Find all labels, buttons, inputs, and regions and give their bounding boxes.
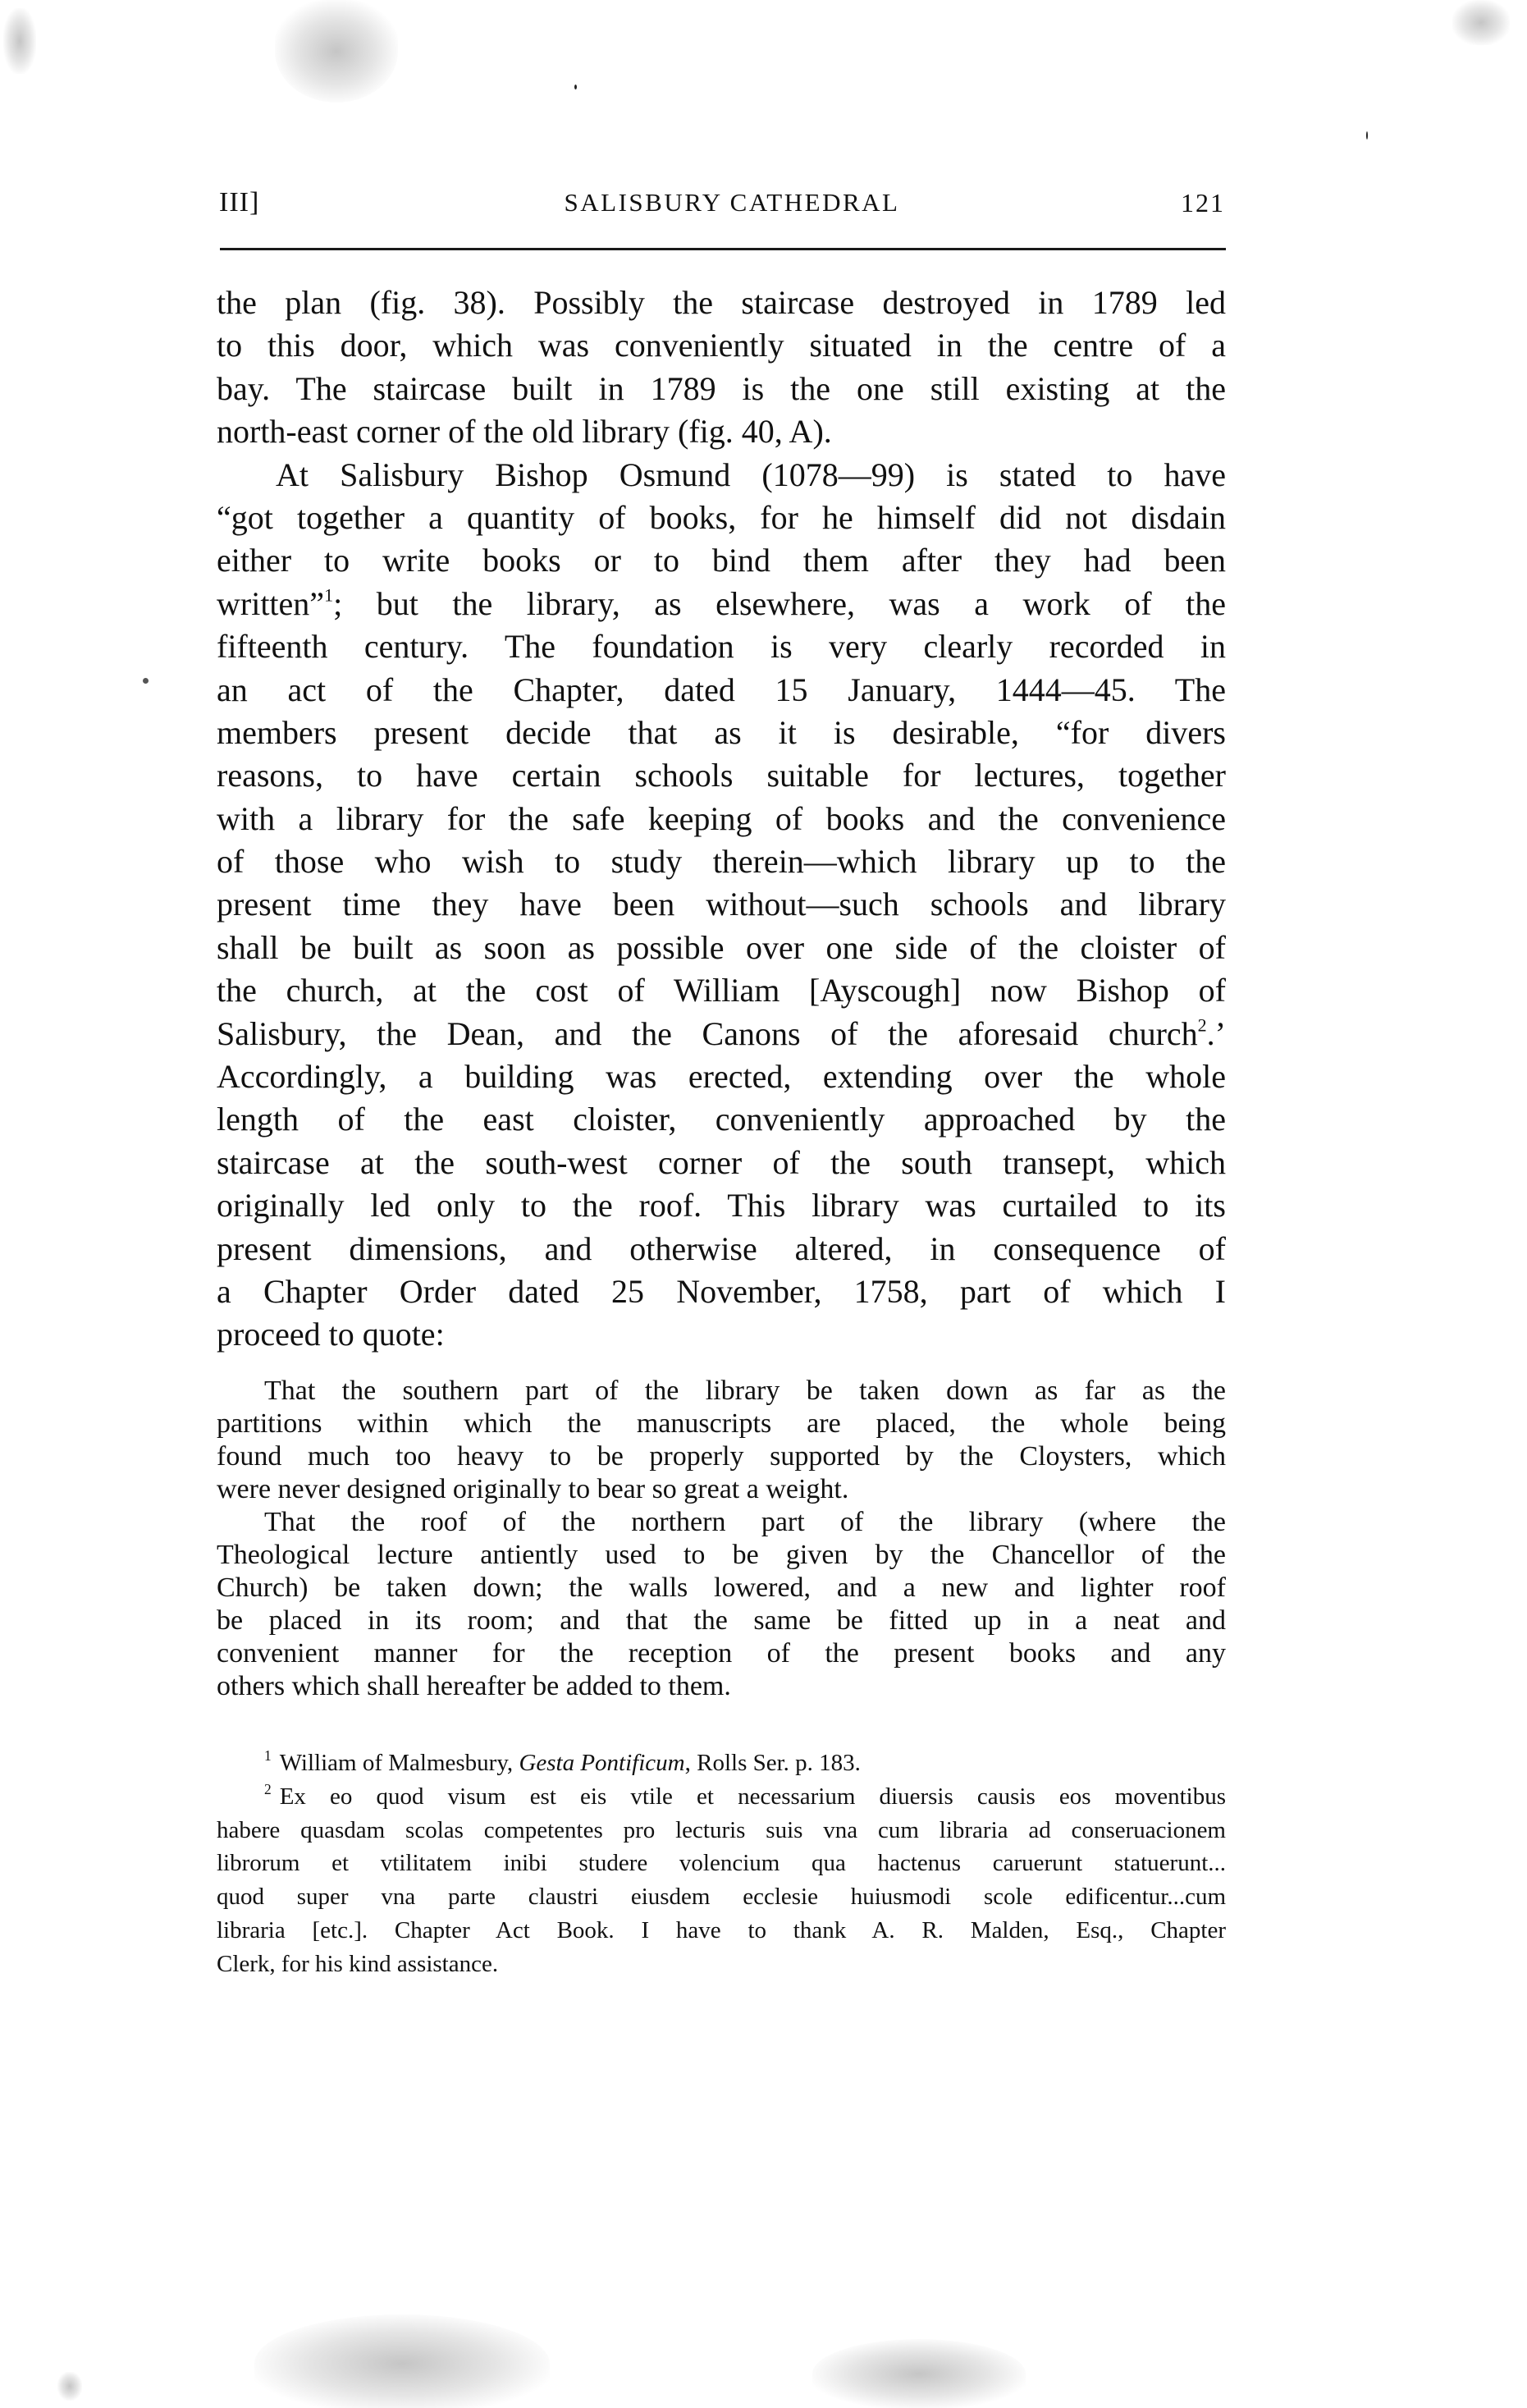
body-text: the plan (fig. 38). Possibly the stairca… <box>217 282 1226 1357</box>
footnote-ref-1[interactable]: 1 <box>324 584 333 605</box>
running-title: SALISBURY CATHEDRAL <box>217 182 1227 223</box>
scan-speck <box>1366 131 1368 140</box>
quote-line: were never designed originally to bear s… <box>217 1473 1226 1506</box>
footnote-text: William of Malmesbury, <box>280 1750 519 1776</box>
scan-smudge-top-right <box>1452 0 1510 45</box>
text-fragment: written” <box>217 585 324 622</box>
text-line: reasons, to have certain schools suitabl… <box>217 754 1226 797</box>
quote-line: be placed in its room; and that the same… <box>217 1605 1226 1637</box>
text-fragment: ; but the library, as elsewhere, was a w… <box>333 585 1226 622</box>
text-line: the church, at the cost of William [Aysc… <box>217 969 1226 1012</box>
block-quote: That the southern part of the library be… <box>217 1375 1226 1703</box>
footnote-ref-2[interactable]: 2 <box>1198 1014 1207 1035</box>
footnote-2: 2Ex eo quod visum est eis vtile et neces… <box>217 1780 1226 1814</box>
scan-speck <box>574 85 577 89</box>
footnote-italic-title: Gesta Pontificum <box>519 1750 684 1776</box>
text-line: present time they have been without—such… <box>217 883 1226 926</box>
scanned-book-page: III] SALISBURY CATHEDRAL 121 the plan (f… <box>0 0 1527 2408</box>
text-fragment: Salisbury, the Dean, and the Canons of t… <box>217 1015 1198 1052</box>
scan-speck <box>143 678 149 684</box>
footnote-line: libraria [etc.]. Chapter Act Book. I hav… <box>217 1914 1226 1948</box>
scan-smudge-bottom-corner <box>57 2372 82 2401</box>
text-line: “got together a quantity of books, for h… <box>217 497 1226 539</box>
text-line: length of the east cloister, convenientl… <box>217 1098 1226 1141</box>
text-line: Salisbury, the Dean, and the Canons of t… <box>217 1013 1226 1055</box>
text-line: north-east corner of the old library (fi… <box>217 410 1226 453</box>
footnote-line: librorum et vtilitatem inibi studere vol… <box>217 1847 1226 1880</box>
scan-smudge-top <box>275 0 398 103</box>
footnote-line: habere quasdam scolas competentes pro le… <box>217 1814 1226 1847</box>
text-line: either to write books or to bind them af… <box>217 539 1226 582</box>
footnote-line: Clerk, for his kind assistance. <box>217 1948 1226 1981</box>
text-line: bay. The staircase built in 1789 is the … <box>217 368 1226 410</box>
text-line: with a library for the safe keeping of b… <box>217 798 1226 840</box>
scan-smudge-top-left <box>3 8 36 74</box>
text-fragment: .’ <box>1207 1015 1226 1052</box>
footnote-1: 1William of Malmesbury, Gesta Pontificum… <box>217 1746 1226 1780</box>
text-line: originally led only to the roof. This li… <box>217 1184 1226 1227</box>
page-number: 121 <box>1181 182 1225 223</box>
text-line: At Salisbury Bishop Osmund (1078—99) is … <box>217 454 1226 497</box>
text-line: Accordingly, a building was erected, ext… <box>217 1055 1226 1098</box>
text-line: of those who wish to study therein—which… <box>217 840 1226 883</box>
text-line: shall be built as soon as possible over … <box>217 927 1226 969</box>
footnote-number: 2 <box>264 1781 272 1797</box>
text-line: members present decide that as it is des… <box>217 712 1226 754</box>
footnote-number: 1 <box>264 1747 272 1764</box>
text-line: fifteenth century. The foundation is ver… <box>217 625 1226 668</box>
text-line: to this door, which was conveniently sit… <box>217 324 1226 367</box>
text-line: a Chapter Order dated 25 November, 1758,… <box>217 1270 1226 1313</box>
text-line: staircase at the south-west corner of th… <box>217 1142 1226 1184</box>
quote-line: Theological lecture antiently used to be… <box>217 1539 1226 1572</box>
footnote-line: quod super vna parte claustri eiusdem ec… <box>217 1880 1226 1914</box>
quote-line: convenient manner for the reception of t… <box>217 1637 1226 1670</box>
header-rule <box>220 248 1226 250</box>
quote-line: Church) be taken down; the walls lowered… <box>217 1572 1226 1605</box>
quote-line: partitions within which the manuscripts … <box>217 1408 1226 1440</box>
text-line: present dimensions, and otherwise altere… <box>217 1228 1226 1270</box>
text-line: the plan (fig. 38). Possibly the stairca… <box>217 282 1226 324</box>
quote-line: found much too heavy to be properly supp… <box>217 1440 1226 1473</box>
quote-line: others which shall hereafter be added to… <box>217 1670 1226 1703</box>
footnote-text: , Rolls Ser. p. 183. <box>685 1750 861 1776</box>
footnotes: 1William of Malmesbury, Gesta Pontificum… <box>217 1746 1226 1981</box>
quote-line: That the southern part of the library be… <box>217 1375 1226 1408</box>
scan-smudge-bottom-left <box>254 2314 550 2408</box>
text-line: written”1; but the library, as elsewhere… <box>217 583 1226 625</box>
text-line: proceed to quote: <box>217 1313 1226 1356</box>
footnote-text: Ex eo quod visum est eis vtile et necess… <box>280 1783 1226 1810</box>
scan-smudge-bottom-center <box>812 2339 1026 2408</box>
quote-line: That the roof of the northern part of th… <box>217 1506 1226 1539</box>
text-line: an act of the Chapter, dated 15 January,… <box>217 669 1226 712</box>
running-head: III] SALISBURY CATHEDRAL 121 <box>217 182 1227 223</box>
